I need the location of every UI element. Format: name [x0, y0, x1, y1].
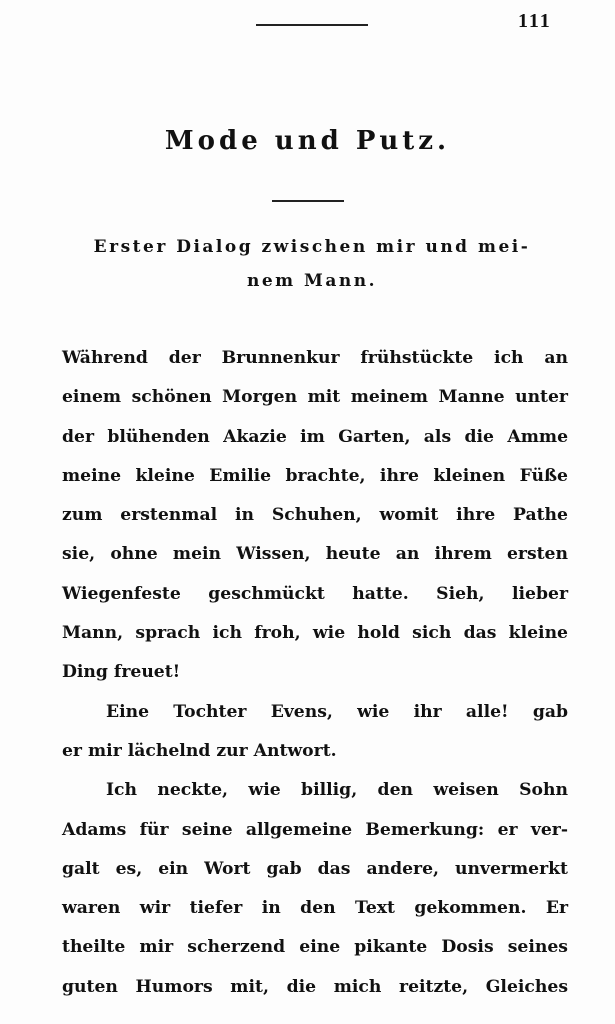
text-line: zum erstenmal in Schuhen, womit ihre Pat… [62, 496, 568, 535]
text-line: guten Humors mit, die mich reitzte, Glei… [62, 968, 568, 1007]
text-line: Während der Brunnenkur frühstückte ich a… [62, 339, 568, 378]
text-line: Adams für seine allgemeine Bemerkung: er… [62, 811, 568, 850]
subtitle-line: Erster Dialog zwischen mir und mei- [52, 230, 572, 264]
text-line: Eine Tochter Evens, wie ihr alle! gab [62, 693, 568, 732]
text-line: er mir lächelnd zur Antwort. [62, 732, 568, 771]
title-divider [272, 200, 344, 202]
text-line: der blühenden Akazie im Garten, als die … [62, 418, 568, 457]
text-line: sie, ohne mein Wissen, heute an ihrem er… [62, 535, 568, 574]
text-line: meine kleine Emilie brachte, ihre kleine… [62, 457, 568, 496]
chapter-title: Mode und Putz. [0, 126, 615, 156]
text-line: Ich neckte, wie billig, den weisen Sohn [62, 771, 568, 810]
book-page: 111 Mode und Putz. Erster Dialog zwische… [0, 0, 615, 1024]
text-line: Wiegenfeste geschmückt hatte. Sieh, lieb… [62, 575, 568, 614]
body-text: Während der Brunnenkur frühstückte ich a… [62, 339, 568, 1007]
text-line: waren wir tiefer in den Text gekommen. E… [62, 889, 568, 928]
text-line: Mann, sprach ich froh, wie hold sich das… [62, 614, 568, 653]
text-line: galt es, ein Wort gab das andere, unverm… [62, 850, 568, 889]
text-line: theilte mir scherzend eine pikante Dosis… [62, 928, 568, 967]
section-subtitle: Erster Dialog zwischen mir und mei- nem … [52, 230, 572, 298]
page-number: 111 [518, 10, 552, 33]
text-line: Ding freuet! [62, 653, 568, 692]
subtitle-line: nem Mann. [52, 264, 572, 298]
text-line: einem schönen Morgen mit meinem Manne un… [62, 378, 568, 417]
header-rule [256, 24, 368, 26]
